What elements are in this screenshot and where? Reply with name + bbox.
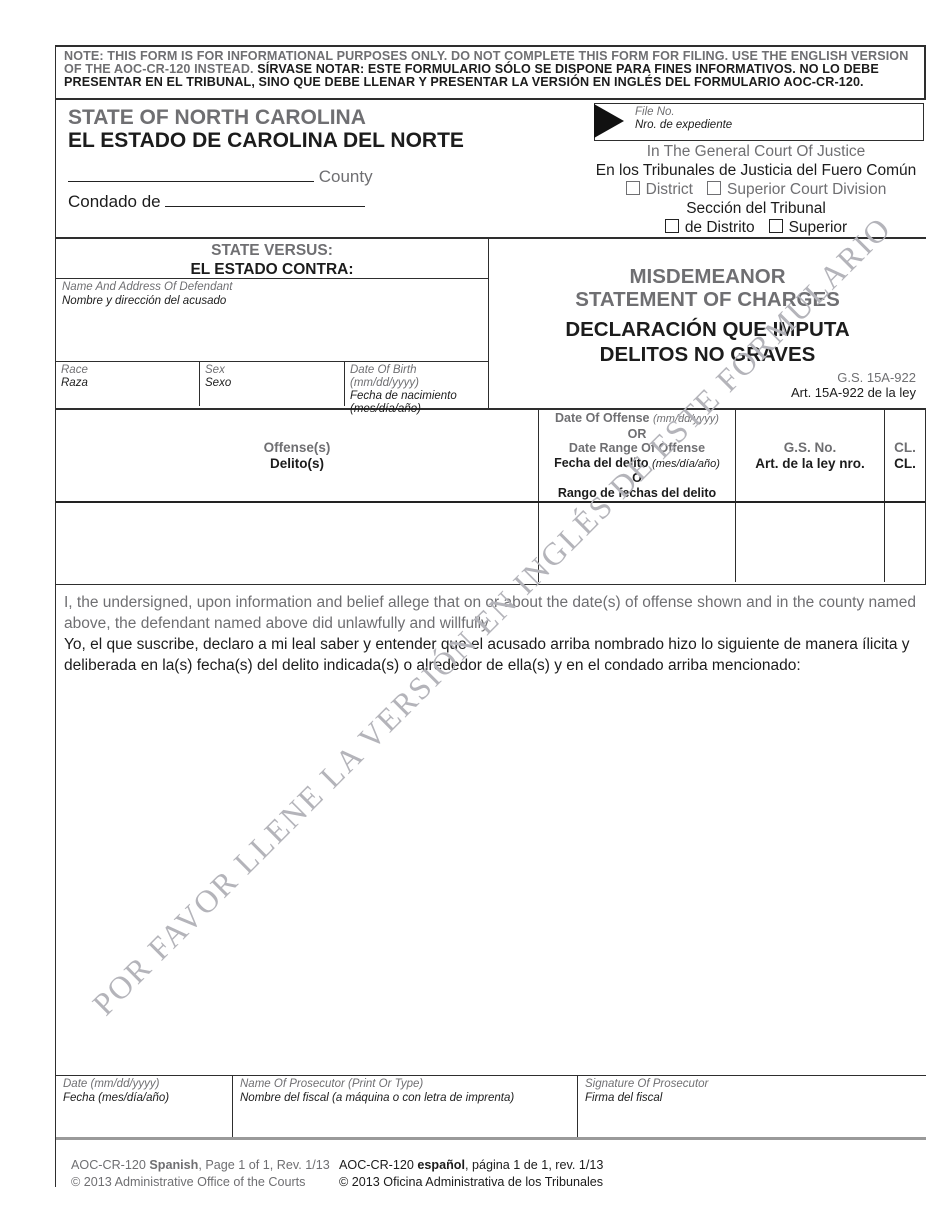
class-cell[interactable]: [885, 503, 925, 582]
county-input-line-spanish[interactable]: [165, 192, 365, 207]
date-or-english: OR: [539, 427, 735, 442]
prosecutor-signature-field[interactable]: Signature Of Prosecutor Firma del fiscal: [577, 1076, 926, 1137]
sex-label-english: Sex: [205, 364, 339, 377]
dob-field[interactable]: Date Of Birth (mm/dd/yyyy) Fecha de naci…: [345, 362, 488, 406]
date-range-header-english: Date Range Of Offense: [539, 441, 735, 456]
prosecutor-name-field[interactable]: Name Of Prosecutor (Print Or Type) Nombr…: [232, 1076, 577, 1137]
footer-form-number-english: AOC-CR-120: [71, 1158, 149, 1172]
file-no-label-spanish: Nro. de expediente: [635, 119, 732, 132]
form-header: STATE OF NORTH CAROLINA EL ESTADO DE CAR…: [56, 100, 926, 237]
date-range-header-spanish: Rango de fechas del delito: [539, 486, 735, 501]
superior-checkbox-spanish[interactable]: [769, 219, 783, 233]
gs-column-header-spanish: Art. de la ley nro.: [736, 456, 884, 472]
district-checkbox-spanish[interactable]: [665, 219, 679, 233]
cl-column-header-spanish: CL.: [885, 456, 925, 472]
court-division-block: In The General Court Of Justice En los T…: [586, 143, 926, 238]
statute-reference-english: G.S. 15A-922: [791, 370, 916, 385]
prosecutor-signature-row: Date (mm/dd/yyyy) Fecha (mes/día/año) Na…: [56, 1075, 926, 1140]
defendant-column: STATE VERSUS: EL ESTADO CONTRA: Name And…: [56, 239, 489, 408]
sex-label-spanish: Sexo: [205, 377, 339, 390]
allegation-text-english: I, the undersigned, upon information and…: [64, 594, 916, 632]
footer-english: AOC-CR-120 Spanish, Page 1 of 1, Rev. 1/…: [71, 1157, 339, 1190]
date-field[interactable]: Date (mm/dd/yyyy) Fecha (mes/día/año): [56, 1076, 232, 1137]
offense-cell[interactable]: [56, 503, 539, 582]
district-label-english: District: [646, 181, 693, 198]
form-title-english-1: MISDEMEANOR: [489, 265, 926, 288]
superior-checkbox[interactable]: [707, 181, 721, 195]
footer-copyright-english: © 2013 Administrative Office of the Cour…: [71, 1174, 339, 1191]
gs-column-header-english: G.S. No.: [736, 440, 884, 456]
footer-copyright-spanish: © 2013 Oficina Administrativa de los Tri…: [339, 1174, 603, 1191]
offense-table: Offense(s) Delito(s) Date Of Offense (mm…: [56, 410, 926, 585]
state-title-spanish: EL ESTADO DE CAROLINA DEL NORTE: [68, 129, 464, 152]
date-format-spanish: (mes/día/año): [652, 458, 720, 470]
file-no-label-english: File No.: [635, 106, 732, 119]
date-offense-header-english: Date Of Offense: [555, 411, 649, 425]
date-or-spanish: O: [539, 471, 735, 486]
race-label-spanish: Raza: [61, 377, 194, 390]
caption-section: STATE VERSUS: EL ESTADO CONTRA: Name And…: [56, 237, 926, 410]
prosecutor-name-label-spanish: Nombre del fiscal (a máquina o con letra…: [240, 1092, 570, 1106]
state-title-english: STATE OF NORTH CAROLINA: [68, 106, 464, 129]
defendant-name-address-field[interactable]: Name And Address Of Defendant Nombre y d…: [56, 279, 488, 362]
dob-label-spanish-1: Fecha de nacimiento: [350, 390, 483, 403]
district-checkbox[interactable]: [626, 181, 640, 195]
dob-label-english: Date Of Birth (mm/dd/yyyy): [350, 364, 483, 390]
sex-field[interactable]: Sex Sexo: [200, 362, 345, 406]
county-label-english: County: [319, 167, 373, 186]
offense-date-cell[interactable]: [539, 503, 736, 582]
offense-table-header: Offense(s) Delito(s) Date Of Offense (mm…: [56, 410, 925, 503]
footer-spanish: AOC-CR-120 español, página 1 de 1, rev. …: [339, 1157, 603, 1190]
offense-column-header-spanish: Delito(s): [56, 456, 538, 472]
signature-label-spanish: Firma del fiscal: [585, 1092, 919, 1106]
offense-table-row: [56, 503, 925, 582]
county-input-line[interactable]: [68, 167, 314, 182]
defendant-label-english: Name And Address Of Defendant: [62, 281, 482, 295]
footer-language-english: Spanish: [149, 1158, 198, 1172]
gs-number-cell[interactable]: [736, 503, 885, 582]
race-field[interactable]: Race Raza: [56, 362, 200, 406]
superior-label-spanish: Superior: [789, 219, 848, 236]
date-label-english: Date (mm/dd/yyyy): [63, 1078, 225, 1092]
allegation-text-area[interactable]: I, the undersigned, upon information and…: [56, 585, 926, 1075]
footer-revision-spanish: , página 1 de 1, rev. 1/13: [465, 1158, 603, 1172]
date-format-english: (mm/dd/yyyy): [653, 413, 719, 425]
file-number-field[interactable]: File No. Nro. de expediente: [594, 103, 924, 141]
state-versus-spanish: EL ESTADO CONTRA:: [56, 261, 488, 280]
form-page: NOTE: THIS FORM IS FOR INFORMATIONAL PUR…: [0, 0, 950, 1230]
footer-revision-english: , Page 1 of 1, Rev. 1/13: [198, 1158, 329, 1172]
defendant-label-spanish: Nombre y dirección del acusado: [62, 295, 482, 309]
superior-label-english: Superior Court Division: [727, 181, 886, 198]
cl-column-header-english: CL.: [885, 440, 925, 456]
informational-note-box: NOTE: THIS FORM IS FOR INFORMATIONAL PUR…: [56, 45, 926, 100]
date-offense-header-spanish: Fecha del delito: [554, 456, 648, 470]
state-versus-english: STATE VERSUS:: [56, 242, 488, 261]
statute-reference-spanish: Art. 15A-922 de la ley: [791, 385, 916, 400]
form-title-spanish-1: DECLARACIÓN QUE IMPUTA: [489, 317, 926, 342]
court-title-english: In The General Court Of Justice: [586, 143, 926, 162]
offense-column-header-english: Offense(s): [56, 440, 538, 456]
form-title-spanish-2: DELITOS NO GRAVES: [489, 342, 926, 367]
court-title-spanish: En los Tribunales de Justicia del Fuero …: [586, 162, 926, 181]
date-label-spanish: Fecha (mes/día/año): [63, 1092, 225, 1106]
division-label-spanish: Sección del Tribunal: [586, 200, 926, 219]
signature-label-english: Signature Of Prosecutor: [585, 1078, 919, 1092]
prosecutor-name-label-english: Name Of Prosecutor (Print Or Type): [240, 1078, 570, 1092]
file-number-arrow-icon: [594, 104, 624, 138]
form-title-column: MISDEMEANOR STATEMENT OF CHARGES DECLARA…: [489, 239, 926, 408]
county-label-spanish: Condado de: [68, 192, 161, 211]
district-label-spanish: de Distrito: [685, 219, 755, 236]
form-footer: AOC-CR-120 Spanish, Page 1 of 1, Rev. 1/…: [71, 1157, 603, 1190]
footer-form-number-spanish: AOC-CR-120: [339, 1158, 417, 1172]
race-label-english: Race: [61, 364, 194, 377]
form-body: NOTE: THIS FORM IS FOR INFORMATIONAL PUR…: [55, 45, 925, 1187]
footer-language-spanish: español: [417, 1158, 465, 1172]
form-title-english-2: STATEMENT OF CHARGES: [489, 288, 926, 311]
allegation-text-spanish: Yo, el que suscribe, declaro a mi leal s…: [64, 634, 916, 676]
